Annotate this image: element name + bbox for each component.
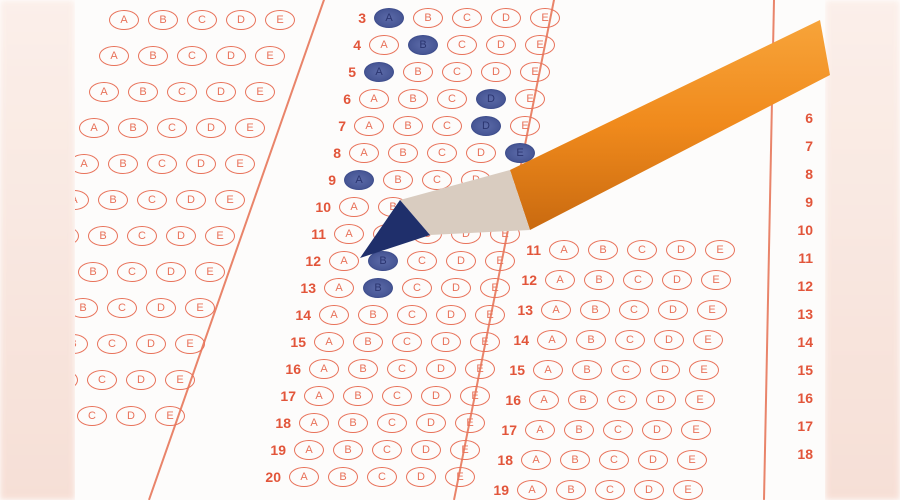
answer-bubble-c[interactable]: C — [177, 46, 207, 66]
answer-bubble-c[interactable]: C — [627, 240, 657, 260]
question-number: 3 — [340, 10, 366, 26]
question-number: 9 — [787, 194, 813, 210]
answer-bubble-d[interactable]: D — [642, 420, 672, 440]
answer-bubble-c[interactable]: C — [422, 170, 452, 190]
answer-bubble-e[interactable]: E — [450, 440, 480, 460]
answer-bubble-c[interactable]: C — [611, 360, 641, 380]
answer-bubble-b[interactable]: B — [88, 226, 118, 246]
answer-bubble-a[interactable]: A — [289, 467, 319, 487]
answer-bubble-d[interactable]: D — [650, 360, 680, 380]
answer-bubble-e[interactable]: E — [175, 334, 205, 354]
answer-bubble-d[interactable]: D — [156, 262, 186, 282]
answer-bubble-a[interactable]: A — [109, 10, 139, 30]
answer-bubble-d[interactable]: D — [206, 82, 236, 102]
answer-bubble-a[interactable]: A — [329, 251, 359, 271]
answer-bubble-a[interactable]: A — [517, 480, 547, 500]
answer-bubble-a[interactable]: A — [541, 300, 571, 320]
answer-bubble-c[interactable]: C — [615, 330, 645, 350]
answer-bubble-b[interactable]: B — [368, 251, 398, 271]
question-number: 19 — [483, 482, 509, 498]
answer-bubble-a[interactable]: A — [545, 270, 575, 290]
answer-bubble-c[interactable]: C — [372, 440, 402, 460]
answer-bubble-b[interactable]: B — [588, 240, 618, 260]
answer-bubble-b[interactable]: B — [393, 116, 423, 136]
question-number: 13 — [507, 302, 533, 318]
answer-bubble-c[interactable]: C — [392, 332, 422, 352]
answer-bubble-c[interactable]: C — [412, 224, 442, 244]
column-divider — [763, 0, 775, 500]
answer-bubble-d[interactable]: D — [416, 413, 446, 433]
answer-bubble-a[interactable]: A — [369, 35, 399, 55]
answer-bubble-d[interactable]: D — [431, 332, 461, 352]
answer-row: ABCDE — [75, 370, 204, 390]
answer-bubble-b[interactable]: B — [572, 360, 602, 380]
answer-bubble-a[interactable]: A — [537, 330, 567, 350]
question-number: 5 — [330, 64, 356, 80]
answer-row: 14ABCDE — [503, 330, 732, 350]
answer-bubble-e[interactable]: E — [460, 386, 490, 406]
question-number: 11 — [515, 242, 541, 258]
question-number: 12 — [787, 278, 813, 294]
answer-bubble-c[interactable]: C — [387, 359, 417, 379]
answer-bubble-a[interactable]: A — [75, 154, 99, 174]
answer-bubble-b[interactable]: B — [556, 480, 586, 500]
answer-row: 15ABCDE — [499, 360, 728, 380]
answer-bubble-d[interactable]: D — [176, 190, 206, 210]
answer-bubble-c[interactable]: C — [382, 386, 412, 406]
blurred-right-edge — [825, 0, 900, 500]
answer-bubble-d[interactable]: D — [471, 116, 501, 136]
question-number: 11 — [300, 226, 326, 242]
answer-bubble-d[interactable]: D — [436, 305, 466, 325]
answer-bubble-a[interactable]: A — [89, 82, 119, 102]
answer-row: 14ABCDE — [285, 305, 514, 325]
answer-bubble-e[interactable]: E — [515, 89, 545, 109]
answer-row: 7ABCDE — [320, 116, 549, 136]
answer-bubble-e[interactable]: E — [677, 450, 707, 470]
answer-row: ABCDE — [75, 190, 254, 210]
answer-bubble-b[interactable]: B — [413, 8, 443, 28]
answer-bubble-b[interactable]: B — [403, 62, 433, 82]
answer-bubble-e[interactable]: E — [465, 359, 495, 379]
answer-sheet: ABCDEABCDEABCDEABCDEABCDEABCDEABCDEABCDE… — [75, 0, 825, 500]
answer-bubble-a[interactable]: A — [334, 224, 364, 244]
answer-bubble-e[interactable]: E — [245, 82, 275, 102]
answer-bubble-a[interactable]: A — [304, 386, 334, 406]
question-number: 8 — [315, 145, 341, 161]
answer-bubble-c[interactable]: C — [599, 450, 629, 470]
answer-bubble-c[interactable]: C — [127, 226, 157, 246]
question-number: 14 — [285, 307, 311, 323]
question-number: 16 — [787, 390, 813, 406]
question-number: 15 — [787, 362, 813, 378]
question-number: 7 — [320, 118, 346, 134]
answer-bubble-b[interactable]: B — [388, 143, 418, 163]
answer-bubble-d[interactable]: D — [634, 480, 664, 500]
answer-bubble-e[interactable]: E — [693, 330, 723, 350]
answer-bubble-b[interactable]: B — [560, 450, 590, 470]
question-number: 6 — [325, 91, 351, 107]
answer-bubble-c[interactable]: C — [397, 305, 427, 325]
question-number: 14 — [787, 334, 813, 350]
question-number: 10 — [305, 199, 331, 215]
answer-bubble-b[interactable]: B — [408, 35, 438, 55]
question-number: 17 — [270, 388, 296, 404]
answer-row: 6ABCDE — [325, 89, 554, 109]
question-number: 18 — [487, 452, 513, 468]
answer-bubble-d[interactable]: D — [136, 334, 166, 354]
answer-bubble-e[interactable]: E — [510, 116, 540, 136]
answer-bubble-b[interactable]: B — [98, 190, 128, 210]
answer-bubble-c[interactable]: C — [77, 406, 107, 426]
answer-bubble-a[interactable]: A — [339, 197, 369, 217]
question-number: 7 — [787, 138, 813, 154]
answer-bubble-b[interactable]: B — [138, 46, 168, 66]
answer-bubble-d[interactable]: D — [481, 62, 511, 82]
blurred-left-edge — [0, 0, 75, 500]
question-number: 9 — [310, 172, 336, 188]
answer-bubble-d[interactable]: D — [446, 251, 476, 271]
answer-bubble-b[interactable]: B — [363, 278, 393, 298]
answer-row: 19ABCDE — [260, 440, 489, 460]
question-number: 12 — [295, 253, 321, 269]
answer-bubble-a[interactable]: A — [319, 305, 349, 325]
answer-bubble-d[interactable]: D — [476, 89, 506, 109]
answer-bubble-e[interactable]: E — [155, 406, 185, 426]
answer-bubble-d[interactable]: D — [456, 197, 486, 217]
answer-bubble-c[interactable]: C — [402, 278, 432, 298]
answer-row: 3ABCDE — [340, 8, 569, 28]
answer-bubble-c[interactable]: C — [607, 390, 637, 410]
answer-bubble-e[interactable]: E — [689, 360, 719, 380]
answer-bubble-b[interactable]: B — [343, 386, 373, 406]
answer-bubble-a[interactable]: A — [354, 116, 384, 136]
answer-bubble-e[interactable]: E — [505, 143, 535, 163]
question-number: 18 — [787, 446, 813, 462]
question-number: 13 — [290, 280, 316, 296]
answer-bubble-c[interactable]: C — [619, 300, 649, 320]
answer-row: 11ABCDE — [515, 240, 744, 260]
answer-row: 11ABCDE — [300, 224, 529, 244]
answer-bubble-b[interactable]: B — [580, 300, 610, 320]
answer-bubble-a[interactable]: A — [359, 89, 389, 109]
answer-bubble-d[interactable]: D — [461, 170, 491, 190]
question-number: 8 — [787, 166, 813, 182]
answer-row: ABCDE — [75, 334, 214, 354]
answer-bubble-d[interactable]: D — [126, 370, 156, 390]
answer-bubble-c[interactable]: C — [157, 118, 187, 138]
answer-row: 16ABCDE — [495, 390, 724, 410]
answer-bubble-b[interactable]: B — [338, 413, 368, 433]
answer-bubble-d[interactable]: D — [451, 224, 481, 244]
answer-bubble-c[interactable]: C — [623, 270, 653, 290]
question-number: 4 — [335, 37, 361, 53]
answer-bubble-d[interactable]: D — [116, 406, 146, 426]
answer-bubble-c[interactable]: C — [417, 197, 447, 217]
answer-bubble-d[interactable]: D — [166, 226, 196, 246]
answer-bubble-a[interactable]: A — [75, 190, 89, 210]
answer-bubble-a[interactable]: A — [75, 226, 79, 246]
answer-bubble-a[interactable]: A — [349, 143, 379, 163]
answer-bubble-e[interactable]: E — [673, 480, 703, 500]
answer-bubble-d[interactable]: D — [666, 240, 696, 260]
question-number: 17 — [491, 422, 517, 438]
answer-row: 8ABCDE — [315, 143, 544, 163]
answer-bubble-d[interactable]: D — [662, 270, 692, 290]
answer-row: ABCDE — [75, 406, 194, 426]
answer-bubble-d[interactable]: D — [486, 35, 516, 55]
question-number: 10 — [787, 222, 813, 238]
answer-bubble-c[interactable]: C — [377, 413, 407, 433]
answer-bubble-d[interactable]: D — [491, 8, 521, 28]
answer-row: 9ABCDE — [310, 170, 539, 190]
answer-bubble-e[interactable]: E — [485, 251, 515, 271]
answer-bubble-c[interactable]: C — [117, 262, 147, 282]
answer-bubble-e[interactable]: E — [701, 270, 731, 290]
answer-bubble-a[interactable]: A — [364, 62, 394, 82]
answer-bubble-d[interactable]: D — [186, 154, 216, 174]
answer-row: 12ABCDE — [511, 270, 740, 290]
answer-bubble-c[interactable]: C — [437, 89, 467, 109]
answer-bubble-e[interactable]: E — [525, 35, 555, 55]
answer-row: ABCDE — [75, 118, 274, 138]
answer-row: 17ABCDE — [491, 420, 720, 440]
question-number: 18 — [265, 415, 291, 431]
answer-bubble-e[interactable]: E — [470, 332, 500, 352]
question-number: 14 — [503, 332, 529, 348]
answer-bubble-b[interactable]: B — [568, 390, 598, 410]
answer-bubble-d[interactable]: D — [654, 330, 684, 350]
answer-bubble-d[interactable]: D — [216, 46, 246, 66]
answer-bubble-e[interactable]: E — [225, 154, 255, 174]
answer-bubble-b[interactable]: B — [383, 170, 413, 190]
answer-bubble-a[interactable]: A — [314, 332, 344, 352]
answer-row: ABCDE — [75, 154, 264, 174]
answer-bubble-e[interactable]: E — [500, 170, 530, 190]
answer-bubble-a[interactable]: A — [99, 46, 129, 66]
question-number: 20 — [255, 469, 281, 485]
answer-bubble-c[interactable]: C — [407, 251, 437, 271]
answer-bubble-c[interactable]: C — [603, 420, 633, 440]
answer-bubble-b[interactable]: B — [108, 154, 138, 174]
answer-bubble-e[interactable]: E — [235, 118, 265, 138]
answer-bubble-c[interactable]: C — [447, 35, 477, 55]
answer-bubble-e[interactable]: E — [185, 298, 215, 318]
answer-bubble-b[interactable]: B — [378, 197, 408, 217]
answer-bubble-e[interactable]: E — [480, 278, 510, 298]
answer-bubble-e[interactable]: E — [705, 240, 735, 260]
answer-bubble-e[interactable]: E — [681, 420, 711, 440]
answer-bubble-b[interactable]: B — [353, 332, 383, 352]
answer-bubble-b[interactable]: B — [398, 89, 428, 109]
answer-bubble-c[interactable]: C — [367, 467, 397, 487]
answer-bubble-d[interactable]: D — [146, 298, 176, 318]
answer-bubble-c[interactable]: C — [87, 370, 117, 390]
answer-bubble-e[interactable]: E — [685, 390, 715, 410]
answer-bubble-a[interactable]: A — [344, 170, 374, 190]
answer-row: 18ABCDE — [487, 450, 716, 470]
answer-bubble-d[interactable]: D — [226, 10, 256, 30]
answer-row: 18ABCDE — [265, 413, 494, 433]
answer-bubble-b[interactable]: B — [333, 440, 363, 460]
question-number: 19 — [260, 442, 286, 458]
answer-bubble-b[interactable]: B — [148, 10, 178, 30]
answer-bubble-a[interactable]: A — [521, 450, 551, 470]
answer-bubble-e[interactable]: E — [255, 46, 285, 66]
answer-bubble-c[interactable]: C — [97, 334, 127, 354]
answer-row: 19ABCDE — [483, 480, 712, 500]
answer-bubble-b[interactable]: B — [118, 118, 148, 138]
answer-bubble-c[interactable]: C — [137, 190, 167, 210]
answer-bubble-e[interactable]: E — [165, 370, 195, 390]
answer-bubble-c[interactable]: C — [167, 82, 197, 102]
answer-row: 16ABCDE — [275, 359, 504, 379]
answer-row: 5ABCDE — [330, 62, 559, 82]
answer-bubble-a[interactable]: A — [309, 359, 339, 379]
answer-row: 15ABCDE — [280, 332, 509, 352]
answer-bubble-c[interactable]: C — [187, 10, 217, 30]
answer-bubble-b[interactable]: B — [348, 359, 378, 379]
answer-bubble-a[interactable]: A — [549, 240, 579, 260]
answer-bubble-c[interactable]: C — [452, 8, 482, 28]
answer-bubble-a[interactable]: A — [79, 118, 109, 138]
answer-bubble-d[interactable]: D — [638, 450, 668, 470]
answer-bubble-d[interactable]: D — [411, 440, 441, 460]
answer-bubble-d[interactable]: D — [421, 386, 451, 406]
answer-bubble-b[interactable]: B — [584, 270, 614, 290]
answer-bubble-b[interactable]: B — [564, 420, 594, 440]
answer-bubble-d[interactable]: D — [466, 143, 496, 163]
answer-bubble-e[interactable]: E — [215, 190, 245, 210]
answer-bubble-e[interactable]: E — [205, 226, 235, 246]
answer-bubble-b[interactable]: B — [328, 467, 358, 487]
answer-row: 13ABCDE — [507, 300, 736, 320]
answer-row: 20ABCDE — [255, 467, 484, 487]
answer-bubble-b[interactable]: B — [373, 224, 403, 244]
answer-bubble-a[interactable]: A — [525, 420, 555, 440]
answer-row: ABCDE — [75, 10, 304, 30]
answer-bubble-e[interactable]: E — [530, 8, 560, 28]
question-number: 13 — [787, 306, 813, 322]
answer-row: 12ABCDE — [295, 251, 524, 271]
answer-bubble-d[interactable]: D — [196, 118, 226, 138]
question-number: 16 — [275, 361, 301, 377]
answer-bubble-d[interactable]: D — [426, 359, 456, 379]
answer-bubble-e[interactable]: E — [475, 305, 505, 325]
question-number: 6 — [787, 110, 813, 126]
question-number: 16 — [495, 392, 521, 408]
answer-bubble-d[interactable]: D — [658, 300, 688, 320]
answer-bubble-b[interactable]: B — [128, 82, 158, 102]
answer-bubble-a[interactable]: A — [529, 390, 559, 410]
answer-bubble-b[interactable]: B — [75, 370, 78, 390]
answer-bubble-b[interactable]: B — [576, 330, 606, 350]
answer-bubble-b[interactable]: B — [358, 305, 388, 325]
answer-bubble-d[interactable]: D — [441, 278, 471, 298]
answer-bubble-c[interactable]: C — [595, 480, 625, 500]
answer-bubble-a[interactable]: A — [533, 360, 563, 380]
answer-bubble-a[interactable]: A — [374, 8, 404, 28]
answer-bubble-c[interactable]: C — [427, 143, 457, 163]
answer-bubble-b[interactable]: B — [75, 334, 88, 354]
answer-bubble-c[interactable]: C — [442, 62, 472, 82]
question-number: 17 — [787, 418, 813, 434]
answer-bubble-a[interactable]: A — [299, 413, 329, 433]
question-number: 15 — [499, 362, 525, 378]
answer-bubble-e[interactable]: E — [697, 300, 727, 320]
answer-row: ABCDE — [75, 262, 234, 282]
answer-row: ABCDE — [75, 226, 244, 246]
answer-row: 13ABCDE — [290, 278, 519, 298]
answer-row: ABCDE — [75, 82, 284, 102]
answer-bubble-a[interactable]: A — [294, 440, 324, 460]
answer-row: 17ABCDE — [270, 386, 499, 406]
answer-row: ABCDE — [75, 298, 224, 318]
answer-bubble-e[interactable]: E — [455, 413, 485, 433]
answer-bubble-c[interactable]: C — [147, 154, 177, 174]
answer-bubble-b[interactable]: B — [75, 298, 98, 318]
answer-bubble-e[interactable]: E — [265, 10, 295, 30]
answer-bubble-d[interactable]: D — [646, 390, 676, 410]
question-number: 11 — [787, 250, 813, 266]
answer-row: 4ABCDE — [335, 35, 564, 55]
answer-bubble-e[interactable]: E — [495, 197, 525, 217]
question-number: 15 — [280, 334, 306, 350]
answer-bubble-d[interactable]: D — [406, 467, 436, 487]
answer-bubble-a[interactable]: A — [324, 278, 354, 298]
answer-row: ABCDE — [75, 46, 294, 66]
answer-bubble-c[interactable]: C — [432, 116, 462, 136]
answer-bubble-e[interactable]: E — [445, 467, 475, 487]
answer-bubble-e[interactable]: E — [520, 62, 550, 82]
answer-bubble-c[interactable]: C — [107, 298, 137, 318]
answer-bubble-b[interactable]: B — [78, 262, 108, 282]
answer-row: 10ABCDE — [305, 197, 534, 217]
question-number: 12 — [511, 272, 537, 288]
answer-bubble-e[interactable]: E — [195, 262, 225, 282]
